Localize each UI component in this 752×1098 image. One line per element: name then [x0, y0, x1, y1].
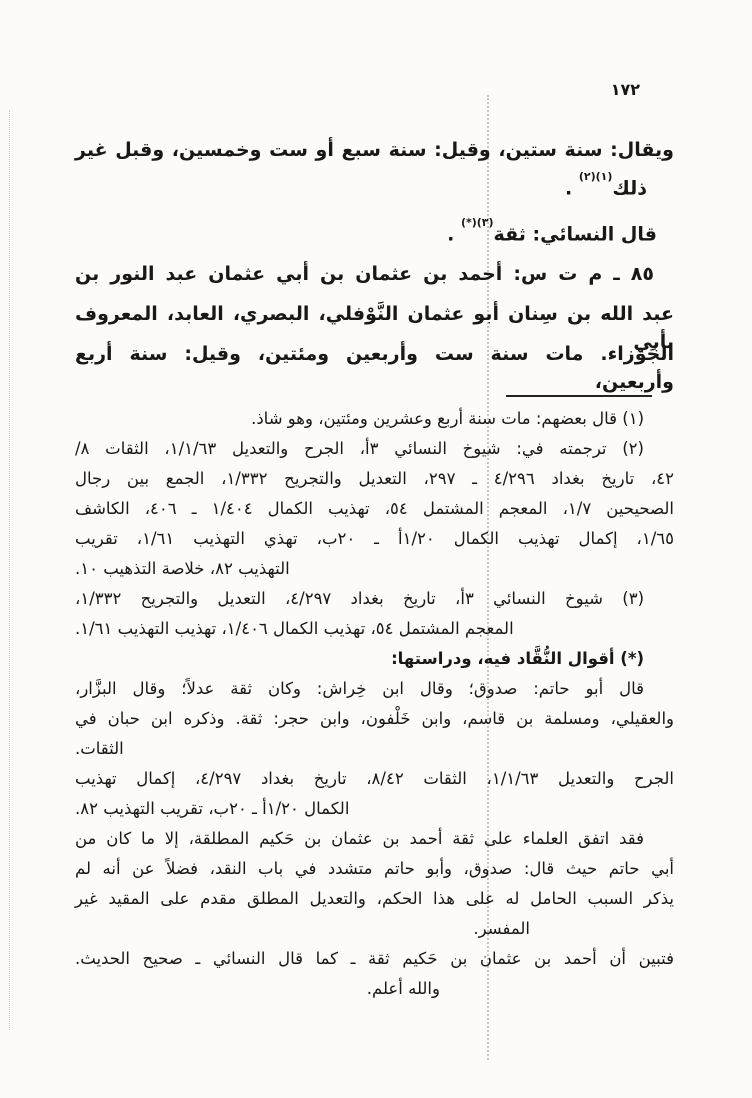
footnote-marker-3-star: (٣)(*): [461, 216, 494, 229]
scanned-book-page: ١٧٢ ويقال: سنة ستين، وقيل: سنة سبع أو ست…: [0, 0, 752, 1098]
critics-section-heading: (*) أقوال النُّقَّاد فيه، ودراستها:: [75, 646, 644, 672]
scan-edge-artifact: [9, 110, 10, 1030]
footnote-line-18: المفسر.: [473, 916, 530, 942]
footnote-line-1: (١) قال بعضهم: مات سنة أربع وعشرين ومئتي…: [75, 406, 644, 432]
entry-heading-line: ٨٥ ـ م ت س: أحمد بن عثمان بن أبي عثمان ع…: [75, 260, 654, 288]
footnote-line-8: المعجم المشتمل ٥٤، تهذيب الكمال ١/٤٠٦، ت…: [75, 616, 674, 642]
footnote-line-16: أبي حاتم حيث قال: صدوق، وأبو حاتم متشدد …: [75, 856, 674, 882]
footnote-line-4: الصحيحين ١/٧، المعجم المشتمل ٥٤، تهذيب ا…: [75, 496, 674, 522]
closing-phrase: والله أعلم.: [367, 976, 440, 1002]
footnote-line-11: والعقيلي، ومسلمة بن قاسم، وابن خَلْفون، …: [75, 706, 674, 732]
footnote-line-13: الجرح والتعديل ١/١/٦٣، الثقات ٨/٤٢، تاري…: [75, 766, 674, 792]
footnote-line-5: ١/٦٥، إكمال تهذيب الكمال ١/٢٠أ ـ ٢٠ب، ته…: [75, 526, 674, 552]
body-line-2-word: ذلك: [612, 177, 647, 199]
nasai-statement: قال النسائي: ثقة: [494, 223, 657, 245]
footnote-line-14: الكمال ١/٢٠أ ـ ٢٠ب، تقريب التهذيب ٨٢.: [75, 796, 674, 822]
footnote-separator: [506, 395, 652, 397]
footnote-line-2: (٢) ترجمته في: شيوخ النسائي ٣أ، الجرح وا…: [75, 436, 644, 462]
footnote-line-3: ٤٢، تاريخ بغداد ٤/٢٩٦ ـ ٢٩٧، التعديل وال…: [75, 466, 674, 492]
conclusion-line: فتبين أن أحمد بن عثمان بن حَكيم ثقة ـ كم…: [75, 946, 674, 972]
body-line-6: الجَوْزاء. مات سنة ست وأربعين ومئتين، وق…: [75, 340, 674, 396]
footnote-line-10: قال أبو حاتم: صدوق؛ وقال ابن خِراش: وكان…: [75, 676, 644, 702]
body-line-3: قال النسائي: ثقة(٣)(*) .: [75, 216, 657, 248]
footnote-line-15: فقد اتفق العلماء على ثقة أحمد بن عثمان ب…: [75, 826, 644, 852]
body-line-2-period: .: [565, 177, 579, 199]
body-line-2: ذلك(١)(٢) .: [75, 170, 647, 202]
page-number: ١٧٢: [611, 80, 640, 99]
footnote-line-17: يذكر السبب الحامل له على هذا الحكم، والت…: [75, 886, 674, 912]
footnote-marker-1-2: (١)(٢): [579, 170, 613, 183]
footnote-line-6: التهذيب ٨٢، خلاصة التذهيب ١٠.: [75, 556, 674, 582]
body-line-1: ويقال: سنة ستين، وقيل: سنة سبع أو ست وخم…: [75, 136, 674, 164]
footnote-line-12: الثقات.: [75, 736, 674, 762]
footnote-line-7: (٣) شيوخ النسائي ٣أ، تاريخ بغداد ٤/٢٩٧، …: [75, 586, 644, 612]
body-line-3-period: .: [447, 223, 461, 245]
